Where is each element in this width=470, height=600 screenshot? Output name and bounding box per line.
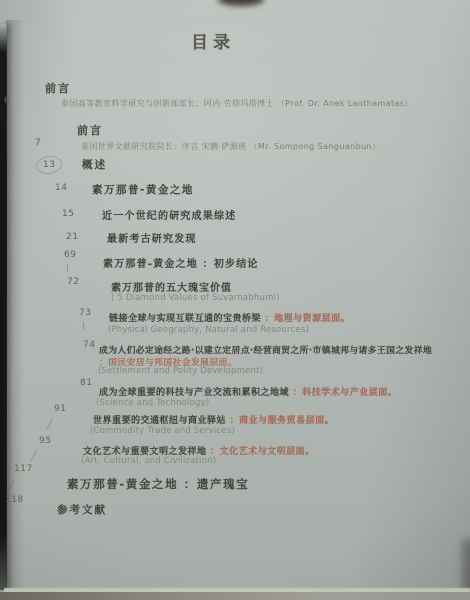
page-number: 14: [55, 183, 67, 193]
toc-entry-highlight: ：商业与服务贸易层面。: [230, 416, 335, 426]
toc-entry-title: 世界重要的交通枢纽与商业驿站 ：商业与服务贸易层面。: [93, 413, 334, 426]
toc-entry-title-text: 成为全球重要的科技与产业交流和累积之地域: [99, 388, 293, 398]
page-number: 15: [62, 209, 74, 219]
toc-entry-title: 近一个世纪的研究成果综述: [102, 207, 236, 222]
toc-entry-title: 素万那普的五大瑰宝价值: [111, 279, 232, 294]
toc-entry-subtitle-en: (Science and Technology): [96, 398, 209, 408]
toc-entry-title: 前言: [45, 80, 71, 96]
table-surface: [0, 592, 470, 600]
toc-entry-title: 概述: [82, 157, 107, 172]
toc-entry-title: 链接全球与实现互联互通的宝贵桥梁 ：地理与资源层面。: [109, 311, 350, 324]
page-title: 目录: [191, 28, 235, 53]
toc-entry-subtitle: 泰国高等教育科学研究与创新部部长：阿内·劳塔玛塔博士 （Prof. Dr. An…: [61, 98, 413, 109]
toc-entry-subtitle-en: (Physical Geography, Natural and Resourc…: [108, 325, 309, 335]
page-number: 91: [54, 404, 66, 414]
toc-entry-title: 素万那普-黄金之地 ：初步结论: [103, 255, 259, 270]
toc-entry-highlight: ：地理与资源层面。: [265, 314, 351, 324]
toc-entry-subtitle-en: ( 5 Diamond Values of Suvarnabhumi): [111, 293, 280, 303]
toc-entry-title-text: 世界重要的交通枢纽与商业驿站: [93, 416, 230, 426]
toc-entry-title: 素万那普-黄金之地: [92, 182, 194, 197]
page-number: 21: [66, 232, 78, 242]
page-number: 69: [64, 250, 76, 260]
page-number: 7: [35, 138, 41, 148]
toc-entry-title: 最新考古研究发现: [107, 230, 197, 245]
toc-entry-title: 前言: [77, 122, 103, 138]
toc-entry-title: 素万那普-黄金之地 ：遗产瑰宝: [67, 476, 249, 492]
toc-entry-subtitle-en: (Art, Cultural, and Civilization): [81, 456, 216, 466]
page-number: 117: [14, 464, 33, 474]
page-number: 13: [43, 160, 55, 170]
toc-entry-title: 成为全球重要的科技与产业交流和累积之地域 ：科技学术与产业层面。: [99, 385, 397, 398]
toc-entry-title: 参考文献: [57, 502, 107, 517]
toc-entry-highlight: ：科技学术与产业层面。: [293, 388, 398, 398]
toc-entry-title-text: 链接全球与实现互联互通的宝贵桥梁: [109, 314, 265, 324]
toc-entry-subtitle-en: (Settlement and Polity Development): [98, 366, 263, 376]
toc-entry-subtitle-en: (Commodity Trade and Services): [90, 426, 235, 436]
page-number: 6: [4, 96, 10, 106]
page-number: 118: [5, 495, 24, 505]
page-number: 95: [39, 436, 51, 446]
page-number: 81: [80, 378, 92, 388]
page-number: 74: [83, 340, 95, 350]
page-number: 73: [79, 308, 91, 318]
toc-entry-highlight: ：文化艺术与文明层面。: [210, 447, 315, 457]
toc-entry-subtitle: 泰国世界文献研究院院长：序言 宋鹏·萨源班 （Mr. Sompong Sangu…: [81, 141, 380, 152]
page-number: 72: [67, 277, 79, 287]
